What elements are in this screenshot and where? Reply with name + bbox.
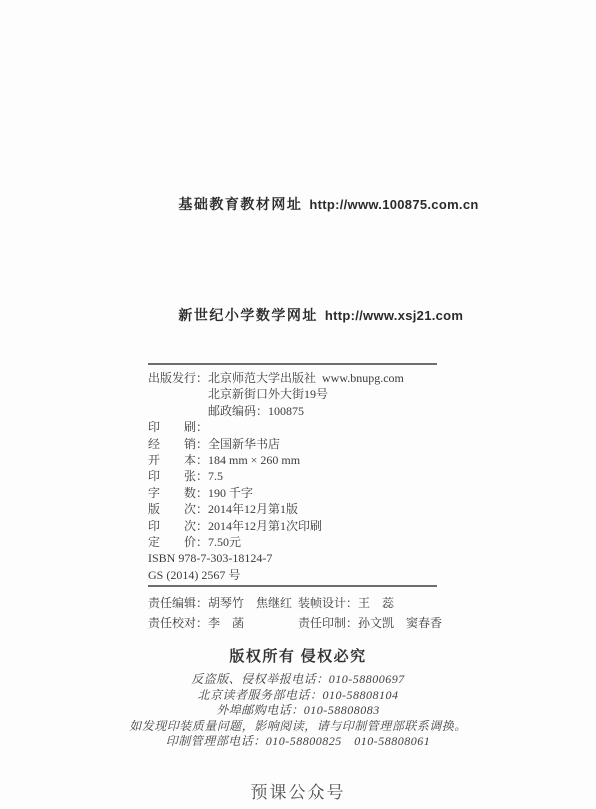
colophon-row-impression: 印 次：2014年12月第1次印刷 xyxy=(148,518,437,534)
row-label: 印 张： xyxy=(148,468,208,484)
website-link-math: 新世纪小学数学网址http://www.xsj21.com xyxy=(155,282,479,349)
website-label: 基础教育教材网址 xyxy=(178,196,302,212)
print-quality-notice: 如发现印装质量问题，影响阅读，请与印制管理部联系调换。 xyxy=(0,719,596,735)
row-label: 印 次： xyxy=(148,518,208,534)
row-label: 经 销： xyxy=(148,436,208,452)
website-url: http://www.100875.com.cn xyxy=(309,197,478,212)
print-management-phone: 印制管理部电话：010-58800825 010-58808061 xyxy=(0,734,596,750)
row-value: 7.50元 xyxy=(208,535,241,549)
staff-label: 责任编辑： xyxy=(148,596,208,610)
row-value: 2014年12月第1版 xyxy=(208,502,298,516)
row-label: 出版发行： xyxy=(148,370,208,386)
copyright-title: 版权所有 侵权必究 xyxy=(0,648,596,666)
website-label: 新世纪小学数学网址 xyxy=(178,307,318,323)
colophon-row-isbn: ISBN 978-7-303-18124-7 xyxy=(148,550,437,566)
colophon-row-distributor: 经 销：全国新华书店 xyxy=(148,436,437,452)
colophon-page: 基础教育教材网址http://www.100875.com.cn 新世纪小学数学… xyxy=(0,0,596,809)
row-value: 7.5 xyxy=(208,469,223,483)
colophon-row-gs-number: GS (2014) 2567 号 xyxy=(148,567,437,583)
anti-piracy-hotline: 反盗版、侵权举报电话：010-58800697 xyxy=(0,672,596,688)
row-label: 定 价： xyxy=(148,534,208,550)
colophon-row-sheets: 印 张：7.5 xyxy=(148,468,437,484)
staff-names: 孙文凯 窦春香 xyxy=(358,616,442,630)
website-link-textbook: 基础教育教材网址http://www.100875.com.cn xyxy=(155,171,479,238)
staff-row: 责任校对：李 菡 责任印制：孙文凯 窦春香 xyxy=(148,613,468,633)
footer-watermark: 预课公众号 xyxy=(0,778,596,803)
colophon-row-publisher: 出版发行：北京师范大学出版社 www.bnupg.com xyxy=(148,370,437,386)
row-value: 北京新街口外大街19号 xyxy=(208,387,328,401)
staff-names: 胡琴竹 焦继红 xyxy=(208,596,292,610)
row-label: 印 刷： xyxy=(148,419,208,435)
row-label: 开 本： xyxy=(148,452,208,468)
staff-label: 装帧设计： xyxy=(298,596,358,610)
copyright-notice: 版权所有 侵权必究 反盗版、侵权举报电话：010-58800697 北京读者服务… xyxy=(0,648,596,750)
colophon-row-edition: 版 次：2014年12月第1版 xyxy=(148,501,437,517)
staff-cell-proofreader: 责任校对：李 菡 xyxy=(148,613,298,633)
row-value: 184 mm × 260 mm xyxy=(208,453,300,467)
staff-row: 责任编辑：胡琴竹 焦继红 装帧设计：王 蕊 xyxy=(148,593,468,613)
staff-cell-editor: 责任编辑：胡琴竹 焦继红 xyxy=(148,593,298,613)
colophon-row-price: 定 价：7.50元 xyxy=(148,534,437,550)
mail-order-phone: 外埠邮购电话：010-58808083 xyxy=(0,703,596,719)
staff-credits: 责任编辑：胡琴竹 焦继红 装帧设计：王 蕊 责任校对：李 菡 责任印制：孙文凯 … xyxy=(148,593,468,633)
colophon-row-wordcount: 字 数：190 千字 xyxy=(148,485,437,501)
isbn-number: ISBN 978-7-303-18124-7 xyxy=(148,551,272,565)
row-value: 全国新华书店 xyxy=(208,437,280,451)
staff-label: 责任印制： xyxy=(298,616,358,630)
row-value: 190 千字 xyxy=(208,486,253,500)
row-value: 邮政编码：100875 xyxy=(208,404,304,418)
publication-info: 出版发行：北京师范大学出版社 www.bnupg.com 北京新街口外大街19号… xyxy=(148,363,437,587)
colophon-row-format: 开 本：184 mm × 260 mm xyxy=(148,452,437,468)
website-url: http://www.xsj21.com xyxy=(325,308,463,323)
website-links: 基础教育教材网址http://www.100875.com.cn 新世纪小学数学… xyxy=(155,127,479,393)
staff-cell-designer: 装帧设计：王 蕊 xyxy=(298,593,394,613)
staff-names: 王 蕊 xyxy=(358,596,394,610)
row-value: 北京师范大学出版社 www.bnupg.com xyxy=(208,371,404,385)
staff-cell-print-supervisor: 责任印制：孙文凯 窦春香 xyxy=(298,613,442,633)
row-label: 字 数： xyxy=(148,485,208,501)
staff-label: 责任校对： xyxy=(148,616,208,630)
colophon-row-postcode: 邮政编码：100875 xyxy=(148,403,437,419)
row-label: 版 次： xyxy=(148,501,208,517)
colophon-row-printer: 印 刷： xyxy=(148,419,437,435)
gs-number: GS (2014) 2567 号 xyxy=(148,568,240,582)
colophon-row-address: 北京新街口外大街19号 xyxy=(148,386,437,402)
reader-service-phone: 北京读者服务部电话：010-58808104 xyxy=(0,688,596,704)
row-value: 2014年12月第1次印刷 xyxy=(208,519,322,533)
staff-names: 李 菡 xyxy=(208,616,244,630)
